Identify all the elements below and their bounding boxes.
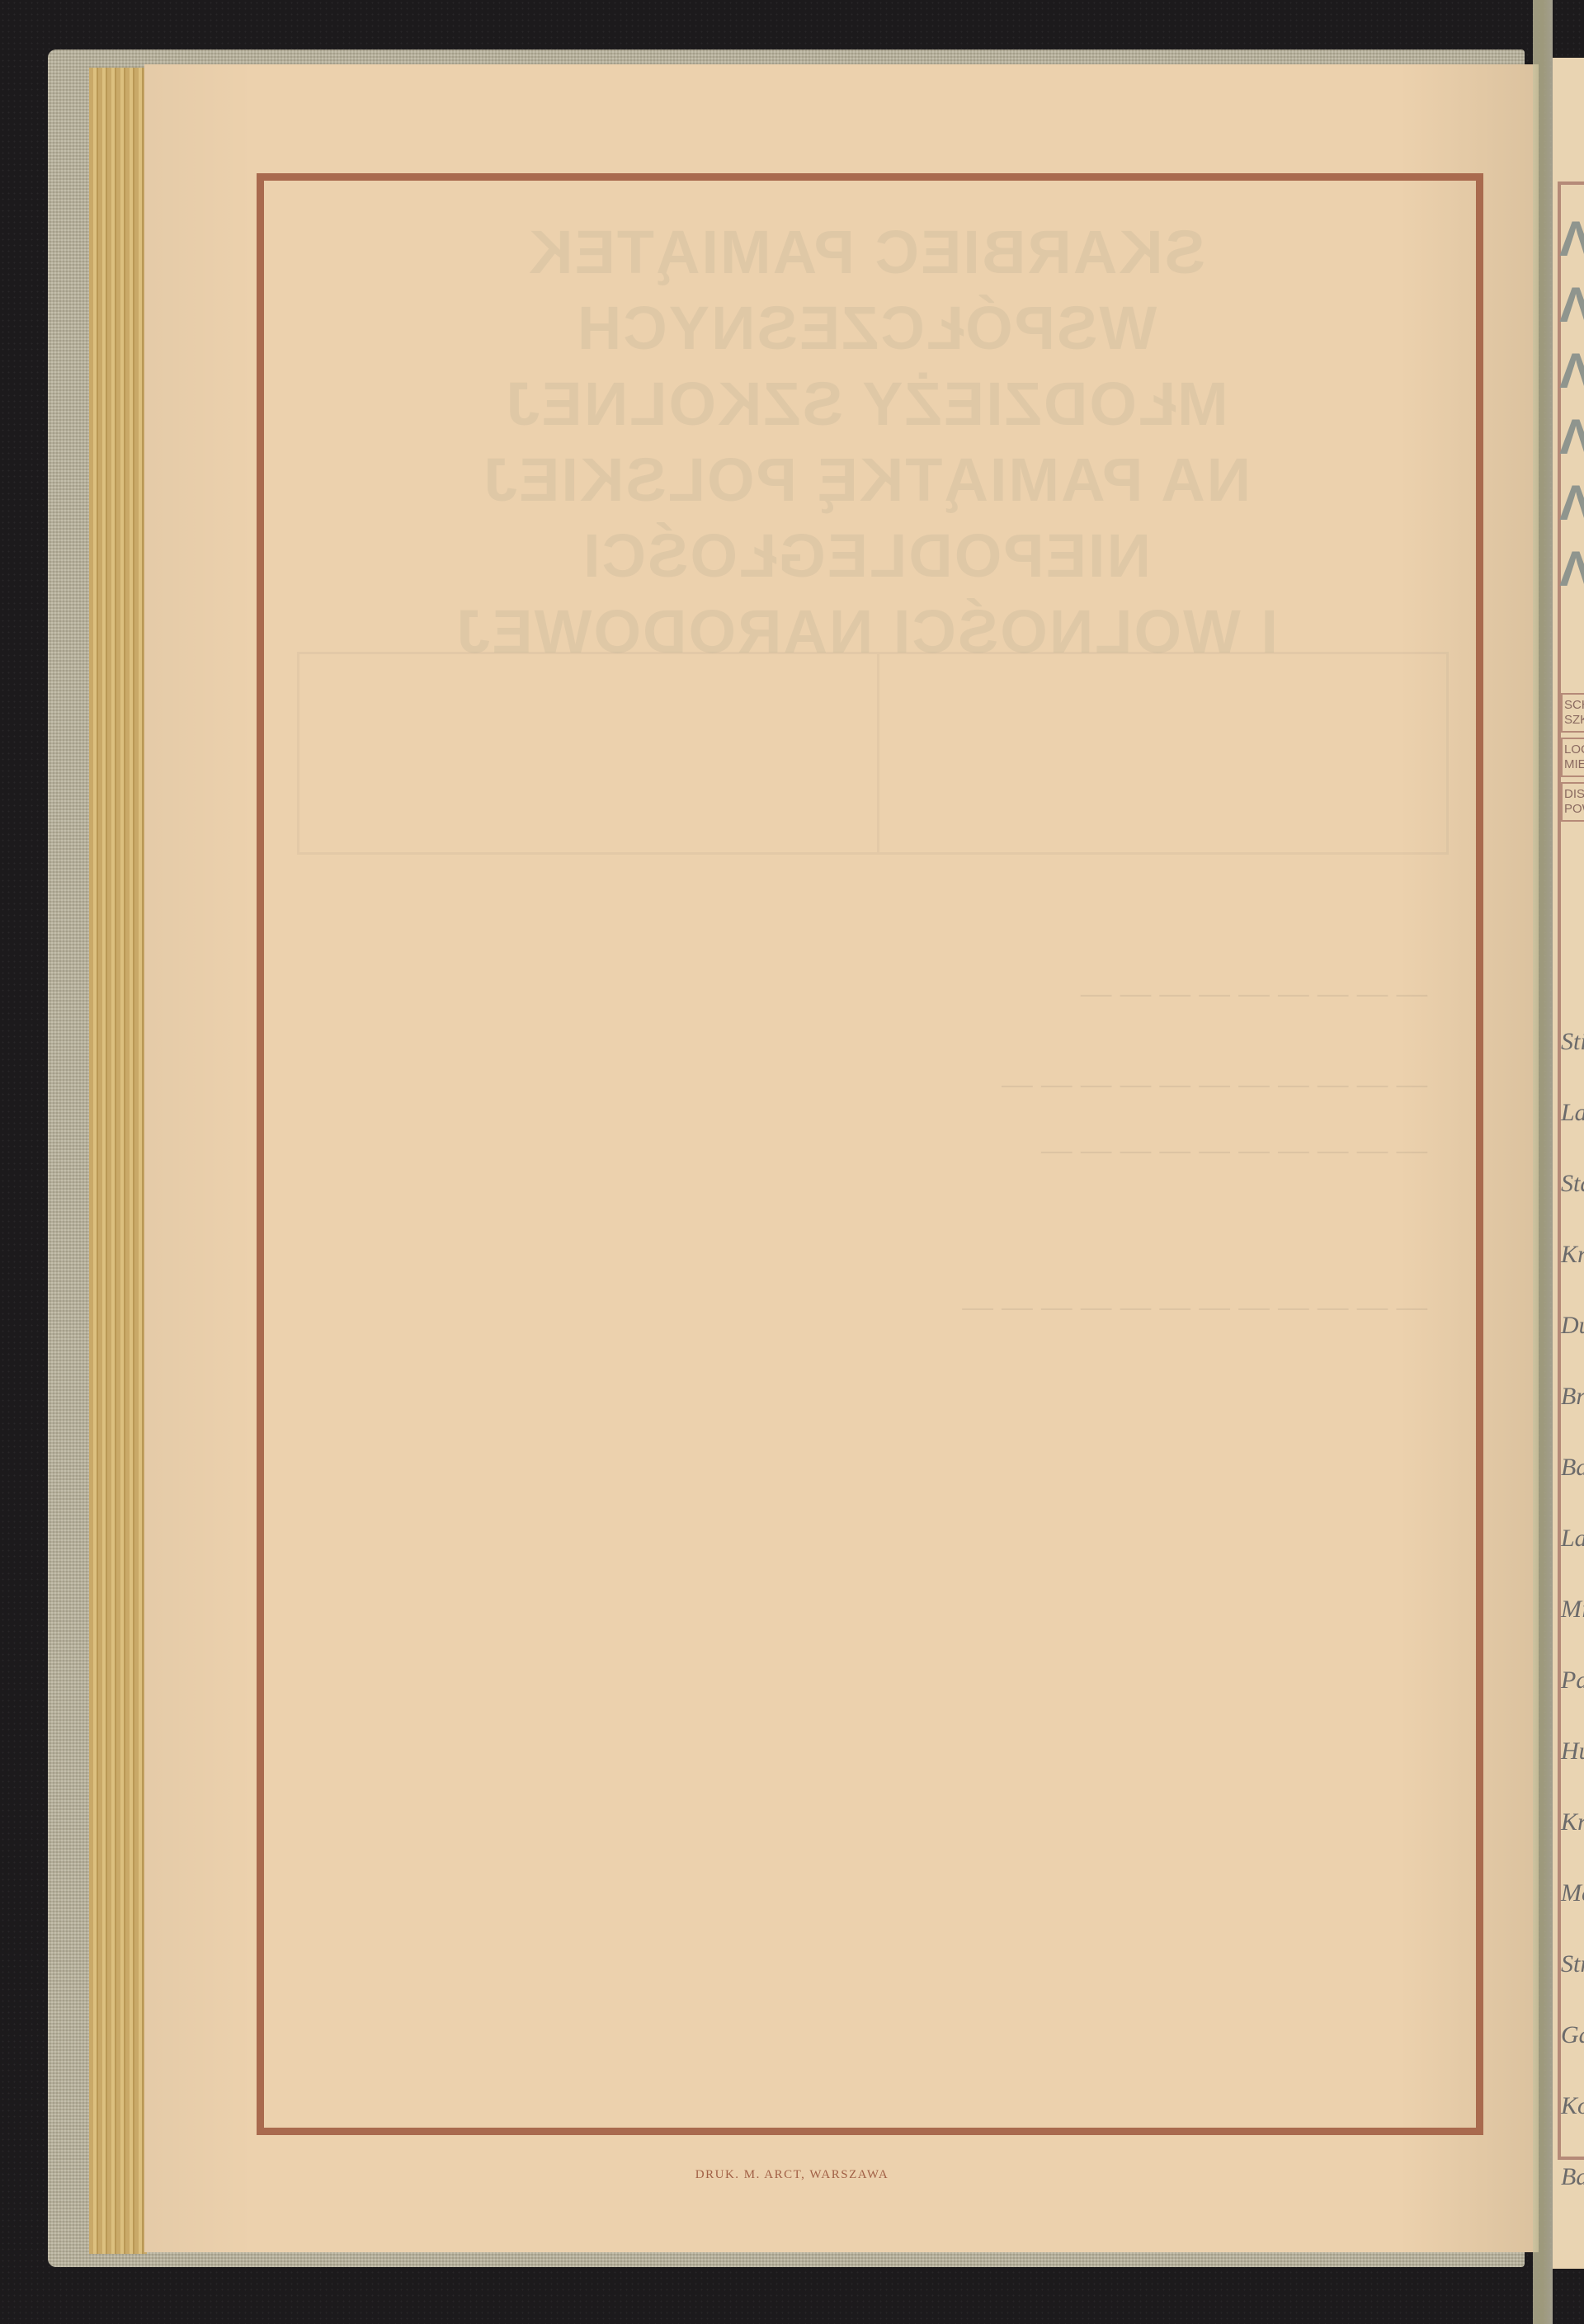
handwritten-name: Stil	[1561, 1006, 1584, 1077]
handwritten-name: Banor	[1561, 2142, 1584, 2213]
handwritten-name: Brzo	[1561, 1361, 1584, 1432]
handwritten-name: Metr	[1561, 1858, 1584, 1929]
adjacent-page: ΛΛΛΛΛΛ SCHO SZKO LOCA MIEJ DISTR POW Sti…	[1553, 58, 1584, 2269]
adjacent-labels: SCHO SZKO LOCA MIEJ DISTR POW	[1561, 693, 1584, 827]
label-line: SCHO	[1564, 698, 1584, 712]
printer-imprint: DRUK. M. ARCT, WARSZAWA	[0, 2168, 1584, 2182]
handwritten-name: Pana	[1561, 1645, 1584, 1716]
decorative-frame	[257, 173, 1483, 2135]
handwritten-name: Stan	[1561, 1148, 1584, 1219]
glass-plate-edge	[1533, 0, 1553, 2324]
handwritten-name: Hul	[1561, 1716, 1584, 1787]
handwritten-name: Lawr	[1561, 1077, 1584, 1148]
label-line: DISTR	[1564, 787, 1584, 801]
handwritten-name: Bala	[1561, 1432, 1584, 1503]
label-locality: LOCA MIEJ	[1561, 738, 1584, 777]
handwritten-name: Kryp	[1561, 1219, 1584, 1290]
handwritten-names-list: Stil Lawr Stan Kryp Duch Brzo Bala Lawr …	[1561, 1006, 1584, 2213]
handwritten-name: Kryp	[1561, 1787, 1584, 1858]
label-line: SZKO	[1564, 713, 1584, 727]
handwritten-name: Kola	[1561, 2071, 1584, 2142]
handwritten-name: Mich	[1561, 1574, 1584, 1645]
page-edges	[89, 68, 147, 2254]
handwritten-name: Lawr	[1561, 1503, 1584, 1574]
handwritten-name: Duch	[1561, 1290, 1584, 1361]
ornament-icon: ΛΛΛΛΛΛ	[1559, 206, 1584, 602]
label-line: POW	[1564, 802, 1584, 816]
label-district: DISTR POW	[1561, 782, 1584, 822]
label-line: LOCA	[1564, 742, 1584, 757]
handwritten-name: Gajew	[1561, 2000, 1584, 2071]
label-line: MIEJ	[1564, 757, 1584, 771]
handwritten-name: Stryg	[1561, 1929, 1584, 2000]
label-school: SCHO SZKO	[1561, 693, 1584, 733]
